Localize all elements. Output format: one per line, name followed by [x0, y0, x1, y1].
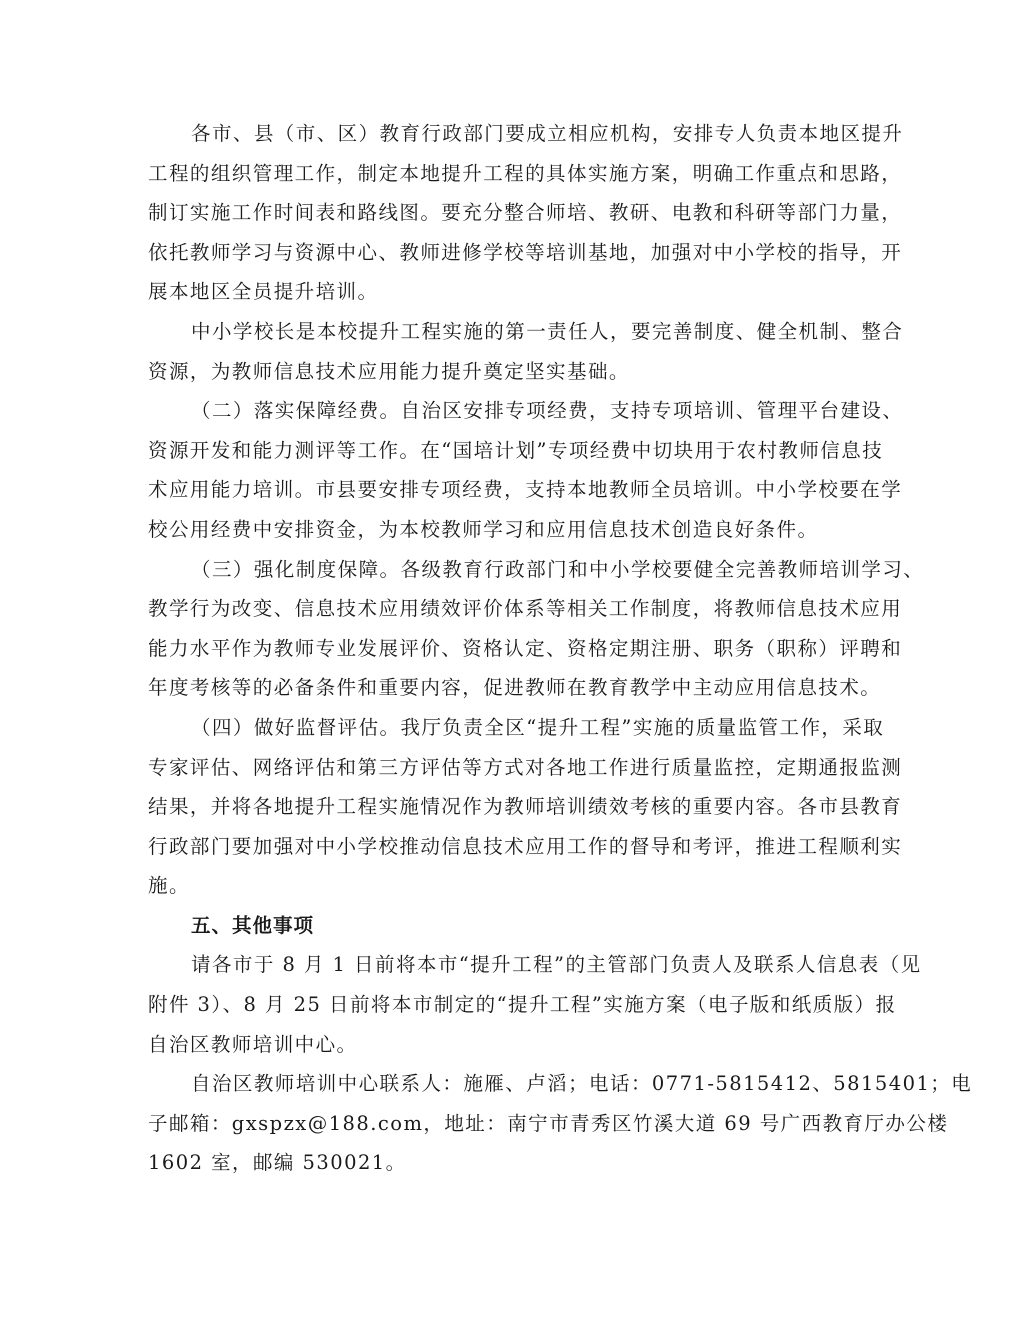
text-line: 专家评估、网络评估和第三方评估等方式对各地工作进行质量监控，定期通报监测 [148, 748, 878, 788]
document-page: 各市、县（市、区）教育行政部门要成立相应机构，安排专人负责本地区提升 工程的组织… [148, 114, 878, 1183]
text-line: 请各市于 8 月 1 日前将本市“提升工程”的主管部门负责人及联系人信息表（见 [148, 945, 878, 985]
text-line: 教学行为改变、信息技术应用绩效评价体系等相关工作制度，将教师信息技术应用 [148, 589, 878, 629]
paragraph-submission-deadlines: 请各市于 8 月 1 日前将本市“提升工程”的主管部门负责人及联系人信息表（见 … [148, 945, 878, 1064]
text-line: 行政部门要加强对中小学校推动信息技术应用工作的督导和考评，推进工程顺利实 [148, 827, 878, 867]
text-line: 校公用经费中安排资金，为本校教师学习和应用信息技术创造良好条件。 [148, 510, 878, 550]
paragraph-contact-info: 自治区教师培训中心联系人：施雁、卢滔；电话：0771-5815412、58154… [148, 1064, 878, 1183]
text-line: 子邮箱：gxspzx@188.com，地址：南宁市青秀区竹溪大道 69 号广西教… [148, 1104, 878, 1144]
text-line: 能力水平作为教师专业发展评价、资格认定、资格定期注册、职务（职称）评聘和 [148, 629, 878, 669]
text-line: 结果，并将各地提升工程实施情况作为教师培训绩效考核的重要内容。各市县教育 [148, 787, 878, 827]
paragraph-principal-responsibility: 中小学校长是本校提升工程实施的第一责任人，要完善制度、健全机制、整合 资源，为教… [148, 312, 878, 391]
section-heading-other-matters: 五、其他事项 [148, 906, 878, 946]
text-line: 附件 3）、8 月 25 日前将本市制定的“提升工程”实施方案（电子版和纸质版）… [148, 985, 878, 1025]
text-line: 展本地区全员提升培训。 [148, 272, 878, 312]
text-line: 术应用能力培训。市县要安排专项经费，支持本地教师全员培训。中小学校要在学 [148, 470, 878, 510]
paragraph-local-organization: 各市、县（市、区）教育行政部门要成立相应机构，安排专人负责本地区提升 工程的组织… [148, 114, 878, 312]
text-line: 施。 [148, 866, 878, 906]
text-line: 自治区教师培训中心联系人：施雁、卢滔；电话：0771-5815412、58154… [148, 1064, 878, 1104]
text-line: （二）落实保障经费。自治区安排专项经费，支持专项培训、管理平台建设、 [148, 391, 878, 431]
text-line: （四）做好监督评估。我厅负责全区“提升工程”实施的质量监管工作，采取 [148, 708, 878, 748]
paragraph-funding-guarantee: （二）落实保障经费。自治区安排专项经费，支持专项培训、管理平台建设、 资源开发和… [148, 391, 878, 549]
text-line: 资源开发和能力测评等工作。在“国培计划”专项经费中切块用于农村教师信息技 [148, 431, 878, 471]
text-line: 自治区教师培训中心。 [148, 1025, 878, 1065]
paragraph-supervision-evaluation: （四）做好监督评估。我厅负责全区“提升工程”实施的质量监管工作，采取 专家评估、… [148, 708, 878, 906]
text-line: 年度考核等的必备条件和重要内容，促进教师在教育教学中主动应用信息技术。 [148, 668, 878, 708]
text-line: 中小学校长是本校提升工程实施的第一责任人，要完善制度、健全机制、整合 [148, 312, 878, 352]
text-line: 资源，为教师信息技术应用能力提升奠定坚实基础。 [148, 352, 878, 392]
text-line: 各市、县（市、区）教育行政部门要成立相应机构，安排专人负责本地区提升 [148, 114, 878, 154]
paragraph-system-guarantee: （三）强化制度保障。各级教育行政部门和中小学校要健全完善教师培训学习、 教学行为… [148, 550, 878, 708]
text-line: （三）强化制度保障。各级教育行政部门和中小学校要健全完善教师培训学习、 [148, 550, 878, 590]
text-line: 工程的组织管理工作，制定本地提升工程的具体实施方案，明确工作重点和思路， [148, 154, 878, 194]
text-line: 制订实施工作时间表和路线图。要充分整合师培、教研、电教和科研等部门力量， [148, 193, 878, 233]
text-line: 1602 室，邮编 530021。 [148, 1143, 878, 1183]
text-line: 依托教师学习与资源中心、教师进修学校等培训基地，加强对中小学校的指导，开 [148, 233, 878, 273]
section-heading: 五、其他事项 [148, 906, 878, 946]
